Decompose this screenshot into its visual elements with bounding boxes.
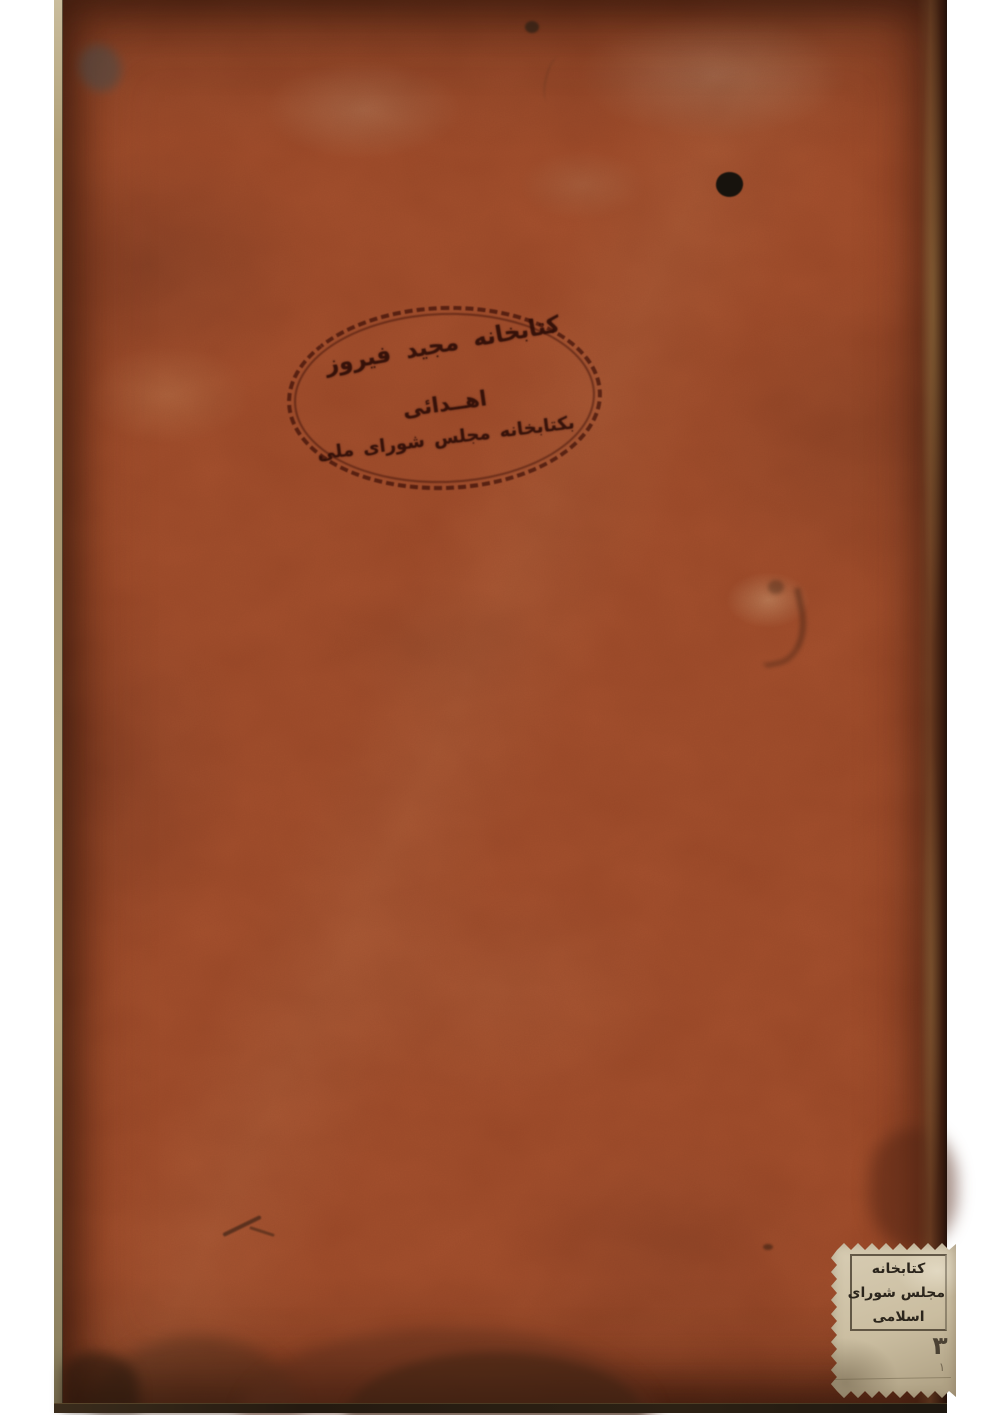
label-text-line3: اسلامی [852,1305,945,1329]
photo-background: کتابخانه مجید فیروز اهــدائی بکتابخانه م… [0,0,1000,1415]
ink-dot [714,170,744,199]
bottom-edge-band [54,1403,947,1413]
label-text-line2: مجلس شورای [852,1281,945,1305]
scratch-mark [249,1226,275,1237]
label-text-line1: کتابخانه [852,1257,945,1281]
right-edge-wear [917,0,947,1403]
label-small-mark: ۱ [935,1360,949,1374]
book-cover: کتابخانه مجید فیروز اهــدائی بکتابخانه م… [54,0,947,1413]
hook-stain [749,587,815,668]
corner-smudge-stain [72,38,128,97]
small-fleck-mark [763,1244,773,1250]
label-number: ۳ [925,1331,955,1360]
page-edge-strip [54,0,63,1413]
library-donation-stamp: کتابخانه مجید فیروز اهــدائی بکتابخانه م… [284,301,605,496]
stain-blob [238,1328,658,1415]
label-crease-line [833,1377,951,1380]
scratch-mark [222,1215,262,1237]
label-inner-border: کتابخانه مجلس شورای اسلامی [850,1254,947,1331]
scuff-squiggle-mark [540,55,567,104]
library-label: کتابخانه مجلس شورای اسلامی ۳ ۱ [831,1243,956,1398]
leather-grain-texture [63,0,947,1403]
top-speck-mark [525,21,539,33]
leather-surface: کتابخانه مجید فیروز اهــدائی بکتابخانه م… [63,0,947,1403]
